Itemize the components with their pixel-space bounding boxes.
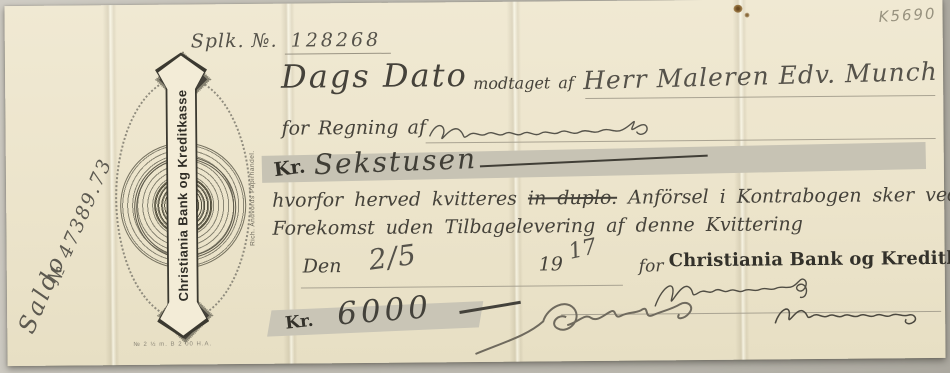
signature-scrawl-upper xyxy=(655,279,807,306)
signature-scrawl-lower-right xyxy=(775,308,915,325)
regning-af-scrawl xyxy=(429,121,647,138)
scanned-receipt-scene: K5690 Saldo № 47389.73 Christiania Bank … xyxy=(0,0,950,373)
handwriting-scrawl-layer xyxy=(4,0,945,366)
receipt-paper: K5690 Saldo № 47389.73 Christiania Bank … xyxy=(4,0,945,366)
pencil-scrawl-bottom-left xyxy=(475,303,692,354)
